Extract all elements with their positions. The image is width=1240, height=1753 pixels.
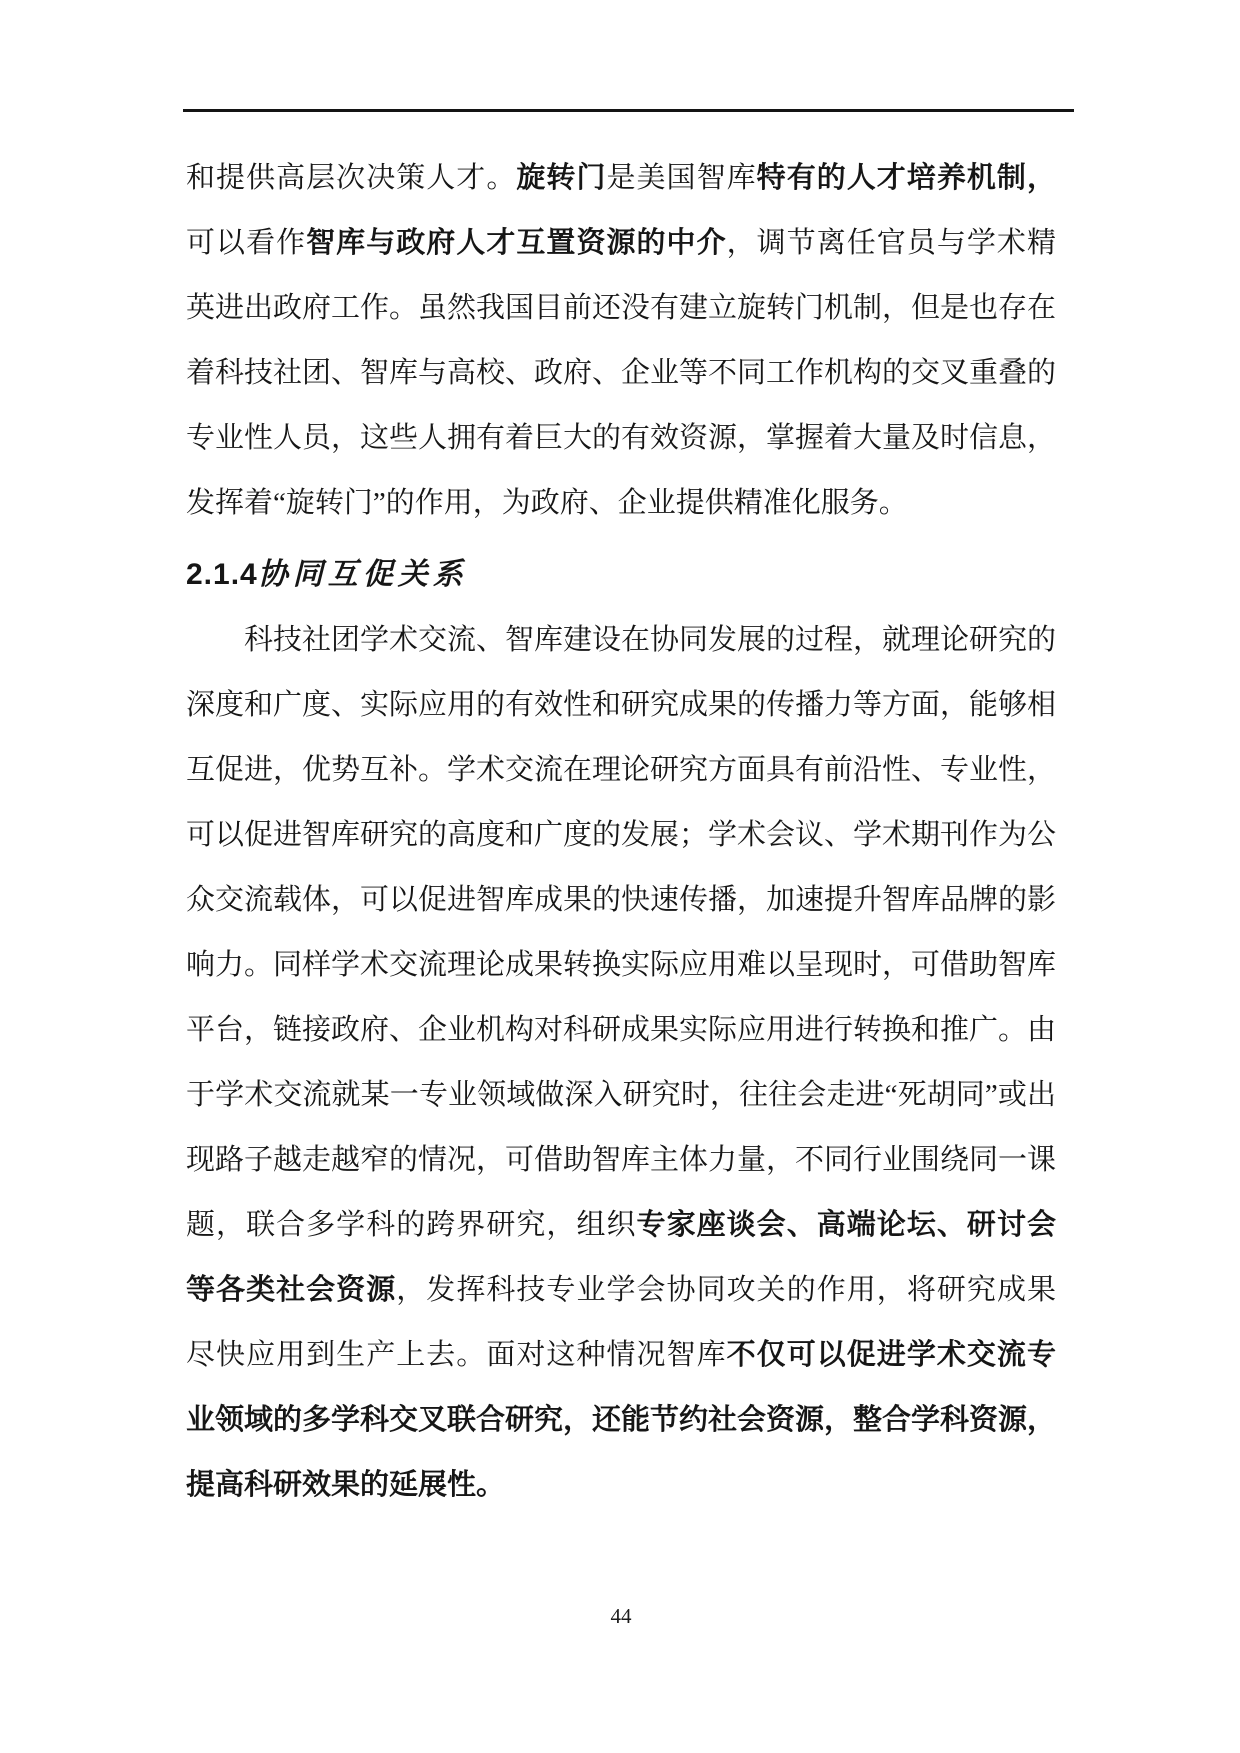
bold-text-run: 智库与政府人才互置资源的中介 — [306, 227, 726, 259]
section-number: 2.1.4 — [186, 558, 258, 591]
section-title: 协同互促关系 — [258, 558, 468, 591]
bold-text-run: 旋转门 — [516, 162, 606, 194]
paragraph-synergy: 科技社团学术交流、智库建设在协同发展的过程，就理论研究的深度和广度、实际应用的有… — [186, 608, 1056, 1518]
text-run: 可以看作 — [186, 227, 306, 259]
section-heading: 2.1.4协同互促关系 — [186, 555, 1056, 595]
document-page: 和提供高层次决策人才。旋转门是美国智库特有的人才培养机制，可以看作智库与政府人才… — [0, 0, 1240, 1753]
page-body: 和提供高层次决策人才。旋转门是美国智库特有的人才培养机制，可以看作智库与政府人才… — [186, 146, 1056, 1518]
text-run: ，调节离任官员与学术精英进出政府工作。虽然我国目前还没有建立旋转门机制，但是也存… — [186, 227, 1056, 519]
text-run: 是美国智库 — [606, 162, 756, 194]
bold-text-run: 特有的人才培养机制， — [757, 162, 1056, 194]
page-number: 44 — [186, 1600, 1056, 1632]
text-run: 和提供高层次决策人才。 — [186, 162, 516, 194]
header-divider-rule — [183, 109, 1074, 112]
paragraph-rotating-door: 和提供高层次决策人才。旋转门是美国智库特有的人才培养机制，可以看作智库与政府人才… — [186, 146, 1056, 536]
text-run: 科技社团学术交流、智库建设在协同发展的过程，就理论研究的深度和广度、实际应用的有… — [186, 624, 1056, 1241]
